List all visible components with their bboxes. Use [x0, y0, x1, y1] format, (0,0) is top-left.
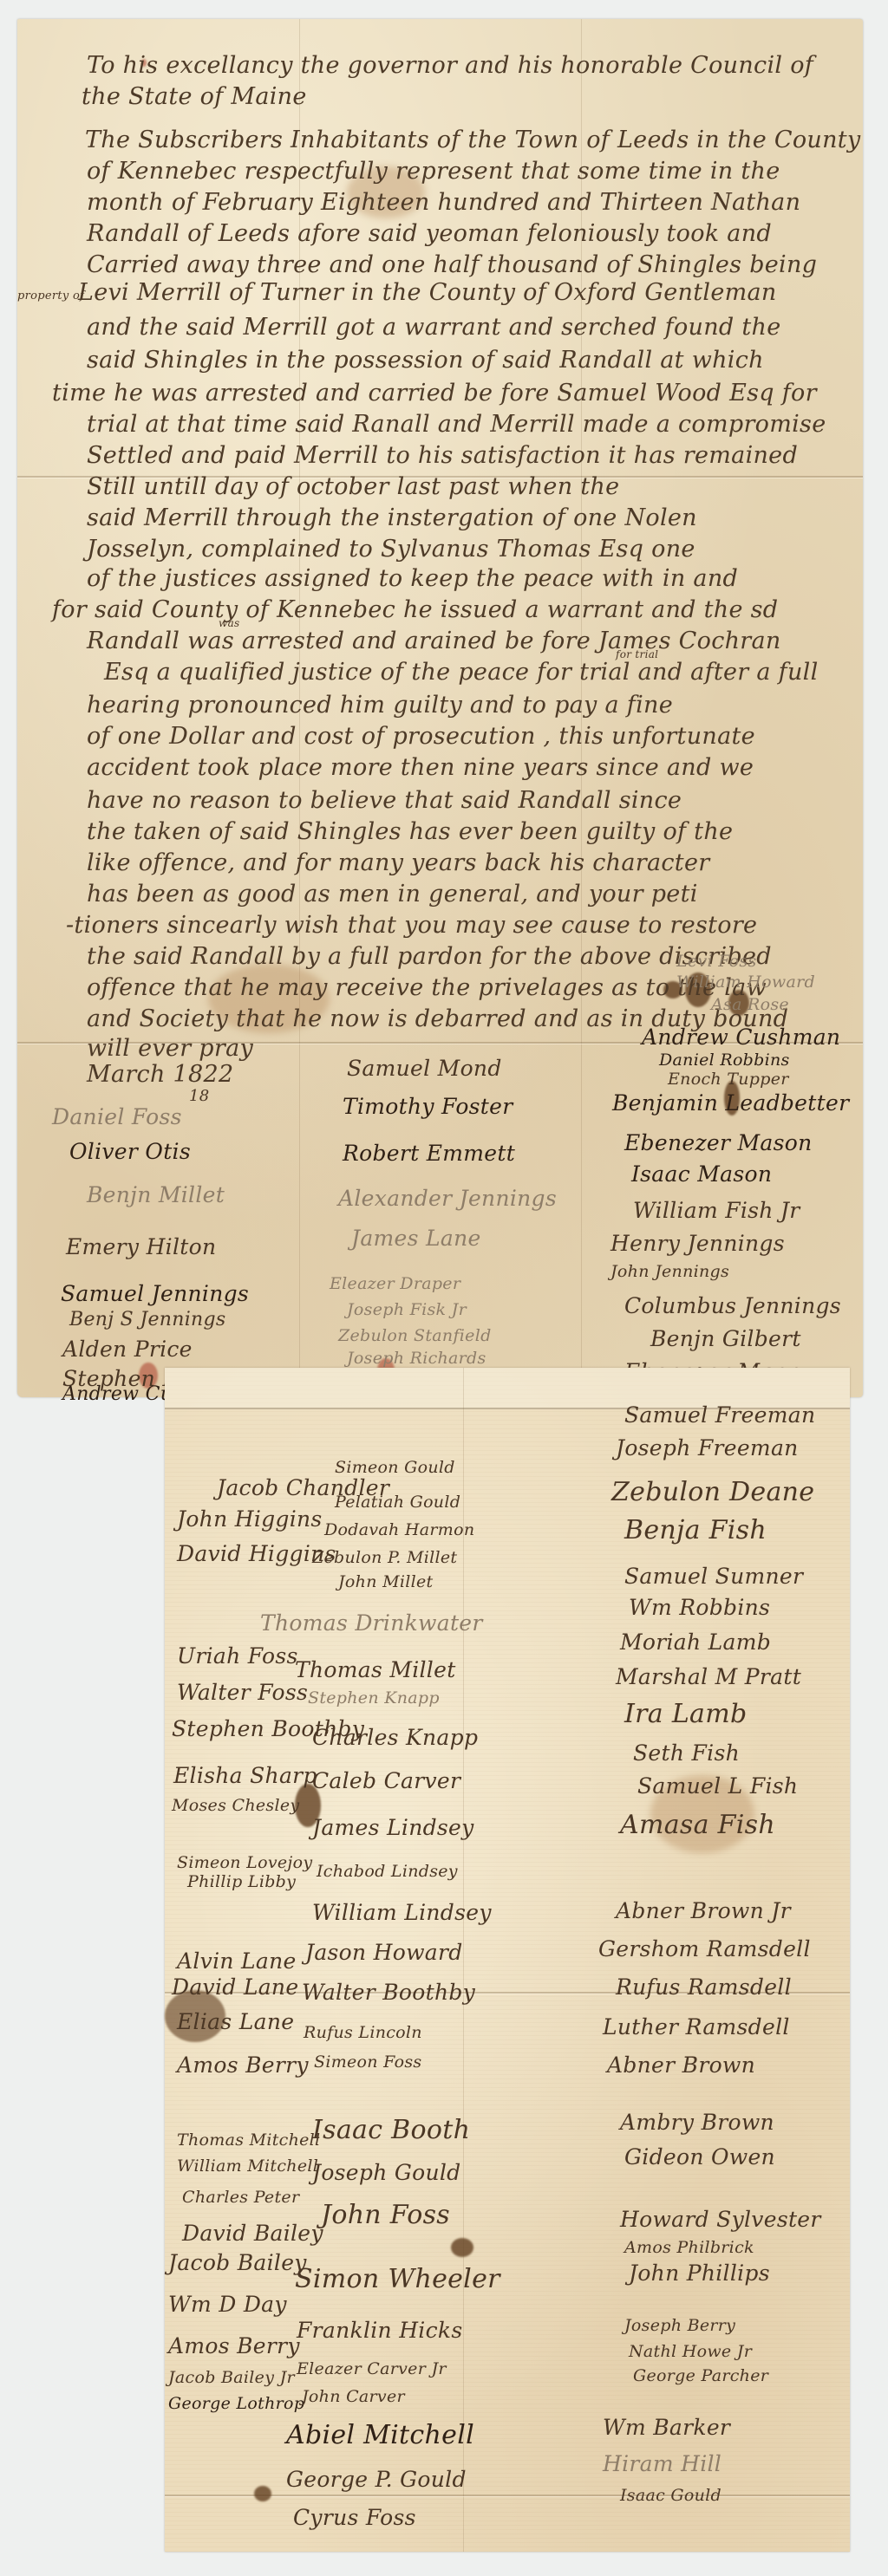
petition-line: Settled and paid Merrill to his satisfac… — [87, 442, 798, 469]
signature: Zebulon Stanfield — [338, 1326, 492, 1345]
ink-blot — [451, 2238, 473, 2257]
petition-line: Levi Merrill of Turner in the County of … — [78, 279, 777, 306]
petition-sheet-2: John Higgins David Higgins Uriah Foss Wa… — [165, 1368, 850, 2552]
signature: Samuel Sumner — [624, 1564, 803, 1589]
signature: Rufus Lincoln — [304, 2023, 422, 2042]
signature: George Parcher — [633, 2366, 768, 2385]
signature: Charles Peter — [182, 2188, 299, 2207]
signature: David Bailey — [182, 2221, 323, 2246]
signature: Samuel Freeman — [624, 1402, 815, 1428]
signature: Caleb Carver — [312, 1768, 460, 1793]
signature: Daniel Foss — [52, 1104, 182, 1129]
signature: Cyrus Foss — [293, 2505, 416, 2530]
signature: Levi Foss — [676, 952, 757, 971]
signature: Wm Barker — [603, 2415, 730, 2440]
signature: Samuel Mond — [347, 1056, 502, 1081]
signature: John Jennings — [610, 1262, 729, 1281]
signature: Asa Rose — [711, 995, 789, 1014]
signature: William Lindsey — [312, 1900, 492, 1925]
signature: David Lane — [172, 1974, 298, 2000]
signature: Andrew Cushman — [642, 1025, 840, 1050]
petition-line: Randall was arrested and arained be fore… — [87, 628, 781, 654]
signature: Gideon Owen — [624, 2144, 775, 2169]
signature: Amos Philbrick — [624, 2238, 754, 2257]
signature: Ambry Brown — [620, 2110, 774, 2135]
signature: John Millet — [338, 1572, 433, 1591]
signature: Charles Knapp — [312, 1725, 478, 1750]
signature: Wm D Day — [168, 2292, 287, 2317]
petition-line: the taken of said Shingles has ever been… — [87, 818, 733, 845]
signature: John Higgins — [177, 1506, 323, 1532]
signature: Oliver Otis — [69, 1139, 191, 1164]
signature: Rufus Ramsdell — [616, 1974, 792, 2000]
signature: Moriah Lamb — [620, 1630, 771, 1655]
signature: Walter Foss — [177, 1680, 308, 1705]
signature: Ira Lamb — [624, 1699, 747, 1729]
signature: Samuel Jennings — [61, 1281, 249, 1306]
petition-date: March 1822 — [87, 1061, 233, 1088]
petition-line: Randall of Leeds afore said yeoman felon… — [87, 220, 772, 247]
signature: Benjamin Leadbetter — [612, 1090, 849, 1116]
signature: Joseph Fisk Jr — [347, 1300, 467, 1319]
signature: Henry Jennings — [610, 1231, 785, 1256]
signature: Isaac Mason — [631, 1161, 772, 1187]
signature: Amos Berry — [177, 2052, 309, 2078]
petition-line: The Subscribers Inhabitants of the Town … — [85, 127, 860, 153]
signature: Simeon Gould — [335, 1458, 455, 1477]
petition-line: will ever pray — [87, 1035, 253, 1062]
signature: Joseph Freeman — [616, 1435, 799, 1460]
signature: Thomas Millet — [295, 1657, 456, 1682]
petition-line: of the justices assigned to keep the pea… — [87, 565, 738, 592]
signature: Uriah Foss — [177, 1643, 298, 1669]
signature: Benjn Gilbert — [650, 1326, 801, 1351]
signature: Thomas Drinkwater — [260, 1610, 483, 1636]
signature: Eleazer Carver Jr — [297, 2359, 447, 2378]
petition-line: said Merrill through the instergation of… — [87, 504, 697, 531]
signature: Emery Hilton — [66, 1234, 216, 1259]
petition-line: like offence, and for many years back hi… — [87, 849, 709, 876]
signature: George Lothrop — [168, 2394, 304, 2413]
signature: Zebulon Deane — [611, 1477, 814, 1507]
signature: James Lindsey — [312, 1815, 474, 1840]
signature: Alden Price — [62, 1337, 193, 1362]
signature: Columbus Jennings — [624, 1293, 841, 1318]
petition-line: trial at that time said Ranall and Merri… — [87, 411, 826, 438]
petition-line: Still untill day of october last past wh… — [87, 473, 619, 500]
signature: Alvin Lane — [177, 1948, 297, 1974]
petition-line: have no reason to believe that said Rand… — [87, 787, 682, 814]
signature: Joseph Richards — [347, 1349, 486, 1368]
signature: James Lane — [351, 1226, 481, 1251]
petition-line: To his excellancy the governor and his h… — [87, 52, 813, 79]
petition-line: accident took place more then nine years… — [87, 754, 754, 781]
petition-line: offence that he may receive the privelag… — [87, 974, 767, 1001]
signature: Elisha Sharp — [173, 1763, 317, 1788]
signature: George P. Gould — [286, 2467, 467, 2492]
petition-line: the said Randall by a full pardon for th… — [87, 943, 772, 970]
signature: Howard Sylvester — [620, 2207, 821, 2232]
signature: Isaac Gould — [620, 2486, 721, 2505]
signature: Phillip Libby — [187, 1872, 296, 1891]
signature: Jacob Bailey — [168, 2250, 307, 2275]
fold-line — [463, 1368, 464, 2552]
petition-line: month of February Eighteen hundred and T… — [87, 189, 800, 216]
signature: Abner Brown Jr — [616, 1898, 791, 1923]
signature: Luther Ramsdell — [603, 2014, 790, 2039]
petition-line: for said County of Kennebec he issued a … — [52, 596, 778, 623]
margin-note: property of — [17, 289, 84, 302]
signature: Timothy Foster — [343, 1094, 513, 1119]
petition-sheet-1: To his excellancy the governor and his h… — [17, 19, 863, 1397]
signature: Benjn Millet — [87, 1182, 225, 1207]
petition-line: of Kennebec respectfully represent that … — [87, 158, 780, 185]
signature: Abner Brown — [607, 2052, 755, 2078]
signature: Benja Fish — [624, 1515, 767, 1545]
signature: Stephen Knapp — [308, 1688, 440, 1708]
ink-blot — [254, 2486, 271, 2501]
signature: Simeon Lovejoy — [177, 1853, 312, 1872]
signature: Isaac Booth — [312, 2115, 470, 2145]
petition-date-day: 18 — [189, 1087, 210, 1105]
signature: Hiram Hill — [603, 2451, 721, 2476]
signature: Franklin Hicks — [297, 2318, 462, 2343]
signature: Dodavah Harmon — [324, 1520, 474, 1539]
petition-line: Carried away three and one half thousand… — [87, 251, 817, 278]
signature: Pelatiah Gould — [335, 1493, 460, 1512]
signature: William Howard — [676, 973, 815, 992]
signature: Marshal M Pratt — [616, 1664, 801, 1689]
petition-line: Esq a qualified justice of the peace for… — [104, 659, 819, 686]
signature: Jason Howard — [305, 1940, 463, 1965]
signature: Walter Boothby — [302, 1980, 475, 2005]
signature: Amasa Fish — [620, 1810, 775, 1840]
signature: Zebulon P. Millet — [312, 1548, 457, 1567]
petition-line: Josselyn, complained to Sylvanus Thomas … — [87, 536, 695, 563]
petition-line: and the said Merrill got a warrant and s… — [87, 314, 781, 341]
signature: Ebenezer Mason — [624, 1130, 813, 1155]
signature: Joseph Gould — [312, 2160, 460, 2185]
signature: Samuel L Fish — [637, 1773, 798, 1799]
signature: Nathl Howe Jr — [629, 2342, 752, 2361]
petition-line: time he was arrested and carried be fore… — [52, 380, 817, 407]
signature: Amos Berry — [168, 2333, 300, 2358]
signature: William Mitchell — [177, 2156, 318, 2176]
petition-line: of one Dollar and cost of prosecution , … — [87, 723, 755, 750]
signature: Alexander Jennings — [338, 1186, 557, 1211]
signature: Robert Emmett — [343, 1141, 515, 1166]
signature: Seth Fish — [633, 1740, 740, 1766]
signature: Eleazer Draper — [330, 1274, 460, 1293]
signature: John Foss — [321, 2200, 450, 2230]
signature: Jacob Bailey Jr — [168, 2368, 295, 2387]
petition-line: said Shingles in the possession of said … — [87, 347, 764, 374]
signature: Elias Lane — [177, 2009, 294, 2034]
signature: Wm Robbins — [629, 1595, 770, 1620]
signature: Gershom Ramsdell — [598, 1936, 811, 1961]
signature: Daniel Robbins — [659, 1051, 790, 1070]
signature: Ichabod Lindsey — [317, 1862, 458, 1881]
signature: Simon Wheeler — [295, 2264, 500, 2294]
signature: Thomas Mitchell — [177, 2130, 320, 2150]
signature: Joseph Berry — [624, 2316, 735, 2335]
signature: Benj S Jennings — [69, 1309, 226, 1330]
signature: Abiel Mitchell — [286, 2420, 474, 2450]
signature: John Phillips — [629, 2261, 770, 2286]
signature: Simeon Foss — [314, 2052, 421, 2072]
petition-line: hearing pronounced him guilty and to pay… — [87, 692, 673, 719]
signature: John Carver — [302, 2387, 405, 2406]
signature: Enoch Tupper — [668, 1070, 789, 1089]
petition-line: the State of Maine — [82, 83, 307, 110]
petition-line: has been as good as men in general, and … — [87, 881, 698, 907]
petition-line: -tioners sincearly wish that you may see… — [66, 912, 757, 939]
signature: William Fish Jr — [633, 1198, 800, 1223]
signature: Moses Chesley — [172, 1796, 299, 1815]
